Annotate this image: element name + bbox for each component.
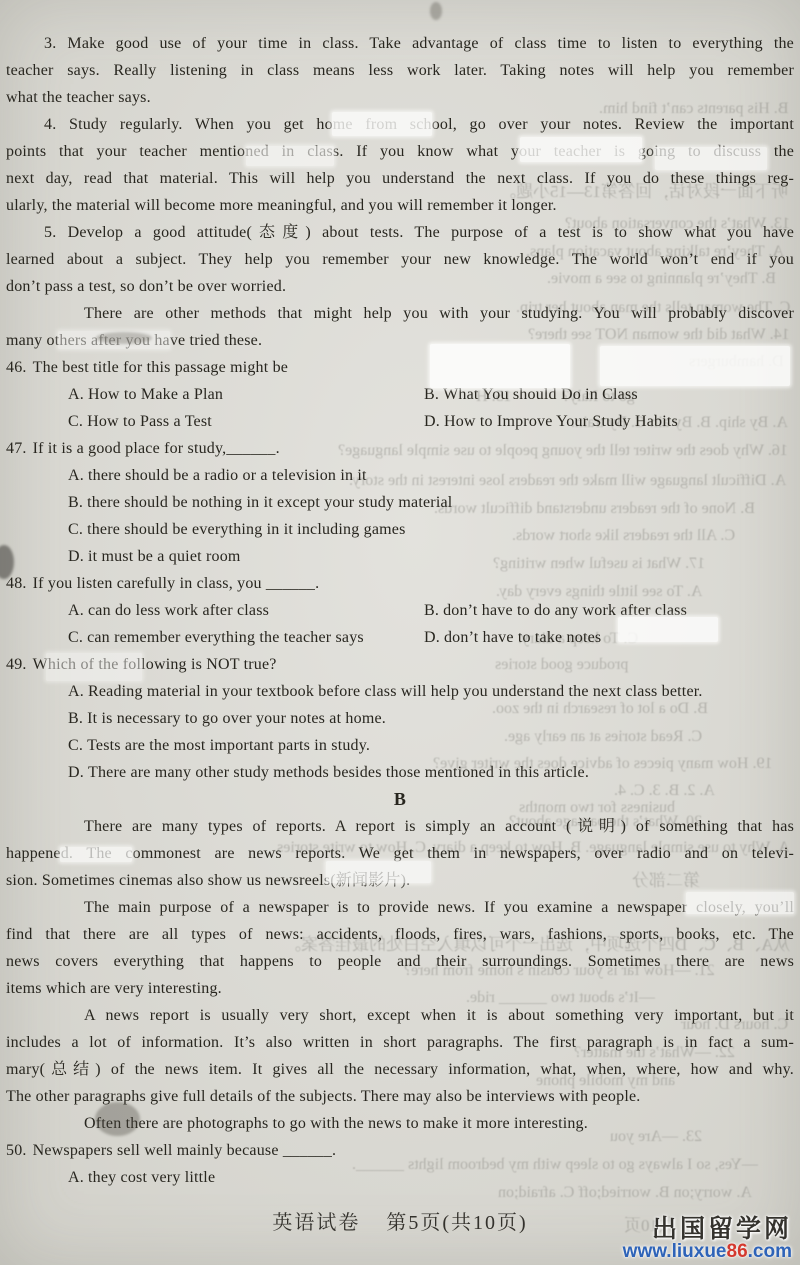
option-text: It is necessary to go over your notes at… bbox=[87, 710, 386, 727]
option-text: it must be a quiet room bbox=[88, 548, 241, 565]
question-number: 47. bbox=[6, 440, 27, 457]
passage-line: news covers everything that happens to p… bbox=[6, 948, 794, 975]
option-text: There are many other study methods besid… bbox=[88, 764, 589, 781]
option-label: A. bbox=[68, 1169, 84, 1186]
option-d: D.don’t have to take notes bbox=[424, 624, 794, 651]
option-c: C.Tests are the most important parts in … bbox=[6, 732, 794, 759]
passage-line: 4. Study regularly. When you get home fr… bbox=[6, 111, 794, 138]
question-number: 48. bbox=[6, 575, 27, 592]
question-stem: 47.If it is a good place for study,_____… bbox=[6, 435, 794, 462]
options-row: C.can remember everything the teacher sa… bbox=[6, 624, 794, 651]
question-49: 49.Which of the following is NOT true? A… bbox=[6, 651, 794, 786]
passage-line: what the teacher says. bbox=[6, 84, 794, 111]
passage-line: next day, read that material. This will … bbox=[6, 165, 794, 192]
option-text: How to Improve Your Study Habits bbox=[444, 413, 678, 430]
option-text: don’t have to do any work after class bbox=[443, 602, 687, 619]
passage-line: find that there are all types of news: a… bbox=[6, 921, 794, 948]
option-label: D. bbox=[68, 548, 84, 565]
option-text: they cost very little bbox=[88, 1169, 215, 1186]
watermark-url-prefix: www.liuxue bbox=[623, 1241, 727, 1262]
option-b: B.there should be nothing in it except y… bbox=[6, 489, 794, 516]
passage-line: A news report is usually very short, exc… bbox=[6, 1002, 794, 1029]
option-text: Reading material in your textbook before… bbox=[88, 683, 703, 700]
question-stem: 48.If you listen carefully in class, you… bbox=[6, 570, 794, 597]
passage-line: 3. Make good use of your time in class. … bbox=[6, 30, 794, 57]
exam-page-content: 3. Make good use of your time in class. … bbox=[0, 0, 800, 1191]
question-stem-text: Newspapers sell well mainly because ____… bbox=[33, 1142, 337, 1159]
option-d: D.There are many other study methods bes… bbox=[6, 759, 794, 786]
footer-exam-title: 英语试卷 bbox=[272, 1212, 360, 1234]
passage-line: The other paragraphs give full details o… bbox=[6, 1083, 794, 1110]
question-47: 47.If it is a good place for study,_____… bbox=[6, 435, 794, 570]
passage-line: don’t pass a test, so don’t be over worr… bbox=[6, 273, 794, 300]
footer-page-number: 第5页(共10页) bbox=[386, 1212, 527, 1234]
passage-line: There are many types of reports. A repor… bbox=[6, 813, 794, 840]
watermark-site-name: 出国留学网 bbox=[623, 1216, 792, 1242]
passage-b: There are many types of reports. A repor… bbox=[6, 813, 794, 1137]
question-stem: 46.The best title for this passage might… bbox=[6, 354, 794, 381]
option-label: B. bbox=[424, 386, 439, 403]
option-label: A. bbox=[68, 467, 84, 484]
passage-line: sion. Sometimes cinemas also show us new… bbox=[6, 867, 794, 894]
option-a: A.they cost very little bbox=[6, 1164, 794, 1191]
question-stem-text: If it is a good place for study,______. bbox=[33, 440, 280, 457]
option-label: B. bbox=[424, 602, 439, 619]
option-label: D. bbox=[424, 413, 440, 430]
option-b: B.don’t have to do any work after class bbox=[424, 597, 794, 624]
option-label: A. bbox=[68, 683, 84, 700]
option-d: D.it must be a quiet room bbox=[6, 543, 794, 570]
passage-line: 5. Develop a good attitude(态度) about tes… bbox=[6, 219, 794, 246]
option-text: there should be everything in it includi… bbox=[87, 521, 405, 538]
passage-line: includes a lot of information. It’s also… bbox=[6, 1029, 794, 1056]
option-d: D.How to Improve Your Study Habits bbox=[424, 408, 794, 435]
option-a: A.How to Make a Plan bbox=[6, 381, 424, 408]
option-label: A. bbox=[68, 602, 84, 619]
option-label: B. bbox=[68, 710, 83, 727]
option-label: A. bbox=[68, 386, 84, 403]
passage-line: ularly, the material will become more me… bbox=[6, 192, 794, 219]
option-label: C. bbox=[68, 413, 83, 430]
option-label: C. bbox=[68, 737, 83, 754]
option-text: can remember everything the teacher says bbox=[87, 629, 364, 646]
passage-line: Often there are photographs to go with t… bbox=[6, 1110, 794, 1137]
options-row: A.How to Make a Plan B.What You should D… bbox=[6, 381, 794, 408]
question-stem: 49.Which of the following is NOT true? bbox=[6, 651, 794, 678]
option-a: A.can do less work after class bbox=[6, 597, 424, 624]
question-stem: 50.Newspapers sell well mainly because _… bbox=[6, 1137, 794, 1164]
option-a: A.there should be a radio or a televisio… bbox=[6, 462, 794, 489]
option-text: there should be nothing in it except you… bbox=[87, 494, 452, 511]
passage-line: The main purpose of a newspaper is to pr… bbox=[6, 894, 794, 921]
option-label: B. bbox=[68, 494, 83, 511]
question-50: 50.Newspapers sell well mainly because _… bbox=[6, 1137, 794, 1191]
watermark-url-suffix: .com bbox=[748, 1241, 792, 1262]
option-b: B.It is necessary to go over your notes … bbox=[6, 705, 794, 732]
option-label: D. bbox=[424, 629, 440, 646]
question-stem-text: If you listen carefully in class, you __… bbox=[33, 575, 320, 592]
passage-line: There are other methods that might help … bbox=[6, 300, 794, 327]
watermark-url-number: 86 bbox=[727, 1241, 748, 1262]
watermark-url: www.liuxue86.com bbox=[623, 1242, 792, 1262]
option-text: Tests are the most important parts in st… bbox=[87, 737, 370, 754]
option-text: How to Pass a Test bbox=[87, 413, 212, 430]
passage-line: mary(总结) of the news item. It gives all … bbox=[6, 1056, 794, 1083]
question-46: 46.The best title for this passage might… bbox=[6, 354, 794, 435]
options-row: C.How to Pass a Test D.How to Improve Yo… bbox=[6, 408, 794, 435]
option-text: How to Make a Plan bbox=[88, 386, 223, 403]
passage-line: learned about a subject. They help you r… bbox=[6, 246, 794, 273]
option-c: C.can remember everything the teacher sa… bbox=[6, 624, 424, 651]
question-48: 48.If you listen carefully in class, you… bbox=[6, 570, 794, 651]
options-row: A.can do less work after class B.don’t h… bbox=[6, 597, 794, 624]
passage-line: items which are very interesting. bbox=[6, 975, 794, 1002]
scanned-exam-page: B. His parents can’t find him. 听下面一段对话，回… bbox=[0, 0, 800, 1265]
option-text: don’t have to take notes bbox=[444, 629, 601, 646]
option-a: A.Reading material in your textbook befo… bbox=[6, 678, 794, 705]
passage-line: happened. The commonest are news reports… bbox=[6, 840, 794, 867]
section-b-heading: B bbox=[6, 786, 794, 813]
site-watermark: 出国留学网 www.liuxue86.com bbox=[623, 1216, 792, 1262]
option-c: C.How to Pass a Test bbox=[6, 408, 424, 435]
option-label: C. bbox=[68, 521, 83, 538]
question-number: 46. bbox=[6, 359, 27, 376]
passage-line: points that your teacher mentioned in cl… bbox=[6, 138, 794, 165]
option-text: What You should Do in Class bbox=[443, 386, 638, 403]
passage-line: teacher says. Really listening in class … bbox=[6, 57, 794, 84]
option-c: C.there should be everything in it inclu… bbox=[6, 516, 794, 543]
option-label: D. bbox=[68, 764, 84, 781]
question-number: 49. bbox=[6, 656, 27, 673]
option-b: B.What You should Do in Class bbox=[424, 381, 794, 408]
passage-line: many others after you have tried these. bbox=[6, 327, 794, 354]
question-number: 50. bbox=[6, 1142, 27, 1159]
option-label: C. bbox=[68, 629, 83, 646]
passage-a: 3. Make good use of your time in class. … bbox=[6, 30, 794, 354]
option-text: can do less work after class bbox=[88, 602, 269, 619]
question-stem-text: Which of the following is NOT true? bbox=[33, 656, 277, 673]
question-stem-text: The best title for this passage might be bbox=[33, 359, 289, 376]
option-text: there should be a radio or a television … bbox=[88, 467, 367, 484]
